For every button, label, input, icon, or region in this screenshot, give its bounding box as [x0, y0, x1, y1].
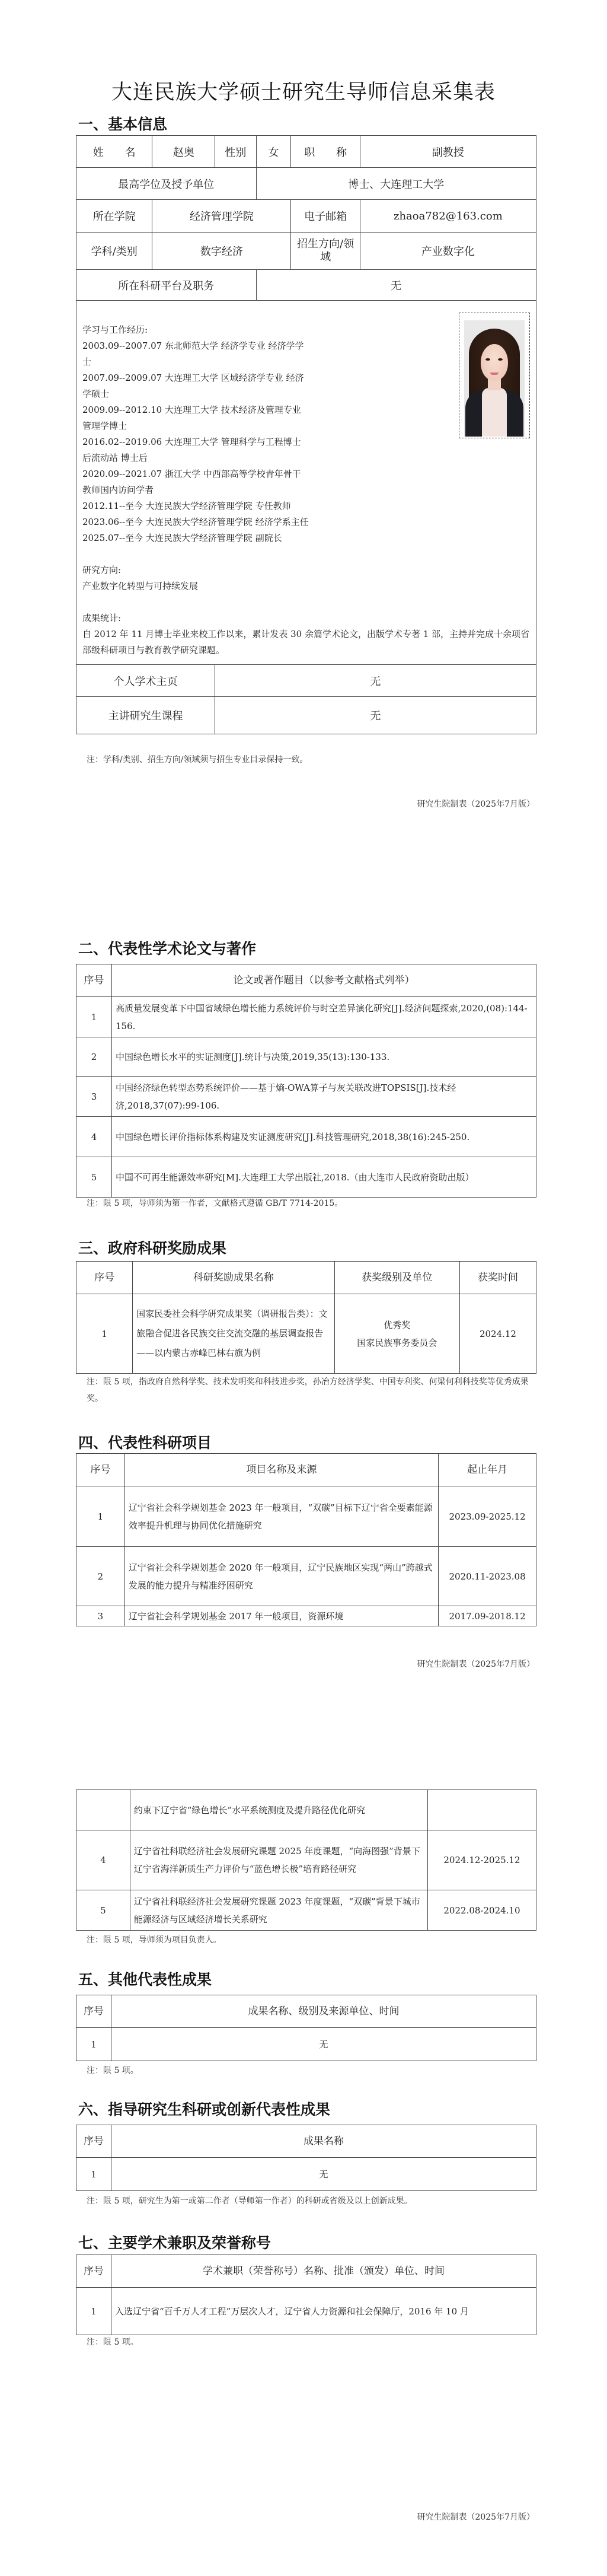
award-time: 2024.12 [459, 1294, 536, 1374]
awards-table: 序号 科研奖励成果名称 获奖级别及单位 获奖时间 1 国家民委社会科学研究成果奖… [76, 1261, 536, 1374]
table-row: 2 中国绿色增长水平的实证测度[J].统计与决策,2019,35(13):130… [76, 1037, 536, 1077]
table-row: 3 辽宁省社会科学规划基金 2017 年一般项目，资源环境 2017.09-20… [76, 1606, 536, 1626]
section-heading-papers: 二、代表性学术论文与著作 [78, 937, 256, 959]
email-label: 电子邮箱 [291, 200, 360, 233]
section-heading-basic-info: 一、基本信息 [78, 113, 167, 134]
page-footer: 研究生院制表（2025年7月版） [417, 1658, 535, 1670]
table-row: 5 中国不可再生能源效率研究[M].大连理工大学出版社,2018.（由大连市人民… [76, 1157, 536, 1198]
section3-note: 注：限 5 项，指政府自然科学奖、技术发明奖和科技进步奖，孙冶方经济学奖、中国专… [87, 1374, 543, 1407]
section5-note: 注：限 5 项。 [87, 2064, 139, 2076]
row-no: 1 [76, 2158, 111, 2191]
experience-item: 2025.07--至今 大连民族大学经济管理学院 副院长 [82, 530, 531, 546]
stats-text: 自 2012 年 11 月博士毕业来校工作以来，累计发表 30 余篇学术论文，出… [82, 626, 531, 658]
table-row: 2 辽宁省社会科学规划基金 2020 年一般项目，辽宁民族地区实现“两山”跨越式… [76, 1547, 536, 1606]
college-value: 经济管理学院 [152, 200, 291, 233]
row-no: 1 [76, 997, 112, 1037]
rank-label: 职 称 [291, 136, 360, 168]
experience-item: 2009.09--2012.10 大连理工大学 技术经济及管理专业 管理学博士 [82, 402, 305, 434]
experience-item: 2020.09--2021.07 浙江大学 中西部高等学校青年骨干教师国内访问学… [82, 466, 305, 498]
paper-title: 中国经济绿色转型态势系统评价——基于熵-OWA算子与灰关联改进TOPSIS[J]… [112, 1077, 536, 1117]
student-header-no: 序号 [76, 2125, 111, 2158]
experience-item: 2007.09--2009.07 大连理工大学 区域经济学专业 经济学硕士 [82, 370, 305, 402]
project-name: 辽宁省社会科学规划基金 2017 年一般项目，资源环境 [124, 1606, 438, 1626]
row-no: 1 [76, 2288, 111, 2335]
section4-note: 注：限 5 项，导师须为项目负责人。 [87, 1934, 222, 1945]
papers-header-no: 序号 [76, 964, 112, 997]
table-row: 1 辽宁省社会科学规划基金 2023 年一般项目，“双碳”目标下辽宁省全要素能源… [76, 1486, 536, 1547]
courses-label: 主讲研究生课程 [76, 697, 215, 734]
project-period: 2024.12-2025.12 [427, 1830, 536, 1890]
section2-note: 注：限 5 项，导师须为第一作者，文献格式遵循 GB/T 7714-2015。 [87, 1197, 343, 1209]
award-level: 优秀奖 [338, 1316, 456, 1334]
honors-header-name: 学术兼职（荣誉称号）名称、批准（颁发）单位、时间 [111, 2255, 536, 2288]
rank-value: 副教授 [360, 136, 536, 168]
projects-header-name: 项目名称及来源 [124, 1454, 438, 1486]
platform-label: 所在科研平台及职务 [76, 270, 257, 301]
name-label: 姓 名 [76, 136, 152, 168]
project-name: 辽宁省社科联经济社会发展研究课题 2025 年度课题，“向海图强”背景下辽宁省海… [130, 1830, 427, 1890]
page-title: 大连民族大学硕士研究生导师信息采集表 [0, 76, 607, 106]
project-period: 2020.11-2023.08 [439, 1547, 536, 1606]
paper-title: 中国绿色增长评价指标体系构建及实证测度研究[J].科技管理研究,2018,38(… [112, 1117, 536, 1157]
projects-table-page3: 约束下辽宁省“绿色增长”水平系统测度及提升路径优化研究 4 辽宁省社科联经济社会… [76, 1789, 536, 1931]
project-name: 约束下辽宁省“绿色增长”水平系统测度及提升路径优化研究 [130, 1790, 427, 1830]
bio-cell: 学习与工作经历: 2003.09--2007.07 东北师范大学 经济学专业 经… [76, 301, 536, 665]
awards-header-name: 科研奖励成果名称 [133, 1262, 334, 1294]
row-no: 4 [76, 1117, 112, 1157]
table-row-continued: 约束下辽宁省“绿色增长”水平系统测度及提升路径优化研究 [76, 1790, 536, 1830]
gender-value: 女 [256, 136, 291, 168]
project-name: 辽宁省社会科学规划基金 2020 年一般项目，辽宁民族地区实现“两山”跨越式发展… [124, 1547, 438, 1606]
gender-label: 性别 [215, 136, 256, 168]
project-period: 2022.08-2024.10 [427, 1890, 536, 1931]
table-row: 3 中国经济绿色转型态势系统评价——基于熵-OWA算子与灰关联改进TOPSIS[… [76, 1077, 536, 1117]
honors-table: 序号 学术兼职（荣誉称号）名称、批准（颁发）单位、时间 1 入选辽宁省“百千万人… [76, 2255, 536, 2335]
discipline-label: 学科/类别 [76, 233, 152, 270]
project-period: 2017.09-2018.12 [439, 1606, 536, 1626]
other-achievements-table: 序号 成果名称、级别及来源单位、时间 1 无 [76, 1995, 536, 2061]
row-no: 1 [76, 1294, 133, 1374]
basic-info-table: 姓 名 赵奥 性别 女 职 称 副教授 最高学位及授予单位 博士、大连理工大学 … [76, 135, 536, 734]
research-direction: 产业数字化转型与可持续发展 [82, 578, 531, 594]
table-row: 1 国家民委社会科学研究成果奖（调研报告类）：文旅融合促进各民族交往交流交融的基… [76, 1294, 536, 1374]
award-name: 国家民委社会科学研究成果奖（调研报告类）：文旅融合促进各民族交往交流交融的基层调… [133, 1294, 334, 1374]
project-name: 辽宁省社会科学规划基金 2023 年一般项目，“双碳”目标下辽宁省全要素能源效率… [124, 1486, 438, 1547]
awards-header-level: 获奖级别及单位 [334, 1262, 459, 1294]
project-period: 2023.09-2025.12 [439, 1486, 536, 1547]
section7-note: 注：限 5 项。 [87, 2336, 139, 2348]
other-header-no: 序号 [76, 1995, 111, 2028]
row-no: 5 [76, 1157, 112, 1198]
table-row: 1 无 [76, 2158, 536, 2191]
project-name: 辽宁省社科联经济社会发展研究课题 2023 年度课题，“双碳”背景下城市能源经济… [130, 1890, 427, 1931]
email-value: zhaoa782@163.com [360, 200, 536, 233]
paper-title: 中国绿色增长水平的实证测度[J].统计与决策,2019,35(13):130-1… [112, 1037, 536, 1077]
projects-header-no: 序号 [76, 1454, 125, 1486]
courses-value: 无 [215, 697, 536, 734]
other-header-name: 成果名称、级别及来源单位、时间 [111, 1995, 536, 2028]
row-no: 5 [76, 1890, 130, 1931]
research-heading: 研究方向: [82, 562, 531, 578]
table-row: 4 中国绿色增长评价指标体系构建及实证测度研究[J].科技管理研究,2018,3… [76, 1117, 536, 1157]
table-row: 5 辽宁省社科联经济社会发展研究课题 2023 年度课题，“双碳”背景下城市能源… [76, 1890, 536, 1931]
projects-header-period: 起止年月 [439, 1454, 536, 1486]
portrait-photo [464, 320, 525, 437]
student-header-name: 成果名称 [111, 2125, 536, 2158]
direction-label: 招生方向/领域 [291, 233, 360, 270]
discipline-value: 数字经济 [152, 233, 291, 270]
section-heading-honors: 七、主要学术兼职及荣誉称号 [78, 2231, 271, 2253]
section-heading-awards: 三、政府科研奖励成果 [78, 1237, 226, 1258]
section-heading-student-achievements: 六、指导研究生科研或创新代表性成果 [78, 2098, 330, 2119]
section-heading-other-achievements: 五、其他代表性成果 [78, 1968, 212, 1989]
degree-label: 最高学位及授予单位 [76, 168, 257, 200]
paper-title: 中国不可再生能源效率研究[M].大连理工大学出版社,2018.（由大连市人民政府… [112, 1157, 536, 1198]
page-footer: 研究生院制表（2025年7月版） [417, 798, 535, 810]
table-row: 1 无 [76, 2028, 536, 2061]
row-no: 1 [76, 2028, 111, 2061]
degree-value: 博士、大连理工大学 [256, 168, 536, 200]
experience-item: 2012.11--至今 大连民族大学经济管理学院 专任教师 [82, 498, 531, 514]
table-row: 1 入选辽宁省“百千万人才工程”万层次人才，辽宁省人力资源和社会保障厅，2016… [76, 2288, 536, 2335]
platform-value: 无 [256, 270, 536, 301]
papers-table: 序号 论文或著作题目（以参考文献格式列举） 1 高质量发展变革下中国省域绿色增长… [76, 964, 536, 1198]
section6-note: 注：限 5 项，研究生为第一或第二作者（导师第一作者）的科研或省级及以上创新成果… [87, 2195, 413, 2206]
experience-heading: 学习与工作经历: [82, 322, 305, 338]
row-no: 3 [76, 1077, 112, 1117]
section-heading-projects: 四、代表性科研项目 [78, 1431, 212, 1453]
awards-header-no: 序号 [76, 1262, 133, 1294]
homepage-value: 无 [215, 665, 536, 697]
award-unit: 国家民族事务委员会 [338, 1334, 456, 1352]
table-row: 1 高质量发展变革下中国省域绿色增长能力系统评价与时空差异演化研究[J].经济问… [76, 997, 536, 1037]
name-value: 赵奥 [152, 136, 215, 168]
projects-table-page2: 序号 项目名称及来源 起止年月 1 辽宁省社会科学规划基金 2023 年一般项目… [76, 1453, 536, 1626]
awards-header-time: 获奖时间 [459, 1262, 536, 1294]
experience-item: 2016.02--2019.06 大连理工大学 管理科学与工程博士后流动站 博士… [82, 434, 305, 466]
row-no: 3 [76, 1606, 125, 1626]
photo-frame [459, 313, 530, 438]
honors-header-no: 序号 [76, 2255, 111, 2288]
experience-item: 2003.09--2007.07 东北师范大学 经济学专业 经济学学士 [82, 338, 305, 370]
homepage-label: 个人学术主页 [76, 665, 215, 697]
experience-item: 2023.06--至今 大连民族大学经济管理学院 经济学系主任 [82, 514, 531, 530]
paper-title: 高质量发展变革下中国省域绿色增长能力系统评价与时空差异演化研究[J].经济问题探… [112, 997, 536, 1037]
page-footer: 研究生院制表（2025年7月版） [417, 2511, 535, 2523]
direction-value: 产业数字化 [360, 233, 536, 270]
stats-heading: 成果统计: [82, 610, 531, 626]
papers-header-title: 论文或著作题目（以参考文献格式列举） [112, 964, 536, 997]
row-no: 4 [76, 1830, 130, 1890]
student-achievement: 无 [111, 2158, 536, 2191]
honor-item: 入选辽宁省“百千万人才工程”万层次人才，辽宁省人力资源和社会保障厅，2016 年… [111, 2288, 536, 2335]
section1-note: 注：学科/类别、招生方向/领域须与招生专业目录保持一致。 [87, 753, 308, 765]
table-row: 4 辽宁省社科联经济社会发展研究课题 2025 年度课题，“向海图强”背景下辽宁… [76, 1830, 536, 1890]
row-no: 1 [76, 1486, 125, 1547]
other-achievement: 无 [111, 2028, 536, 2061]
college-label: 所在学院 [76, 200, 152, 233]
row-no: 2 [76, 1547, 125, 1606]
row-no: 2 [76, 1037, 112, 1077]
student-achievements-table: 序号 成果名称 1 无 [76, 2125, 536, 2191]
